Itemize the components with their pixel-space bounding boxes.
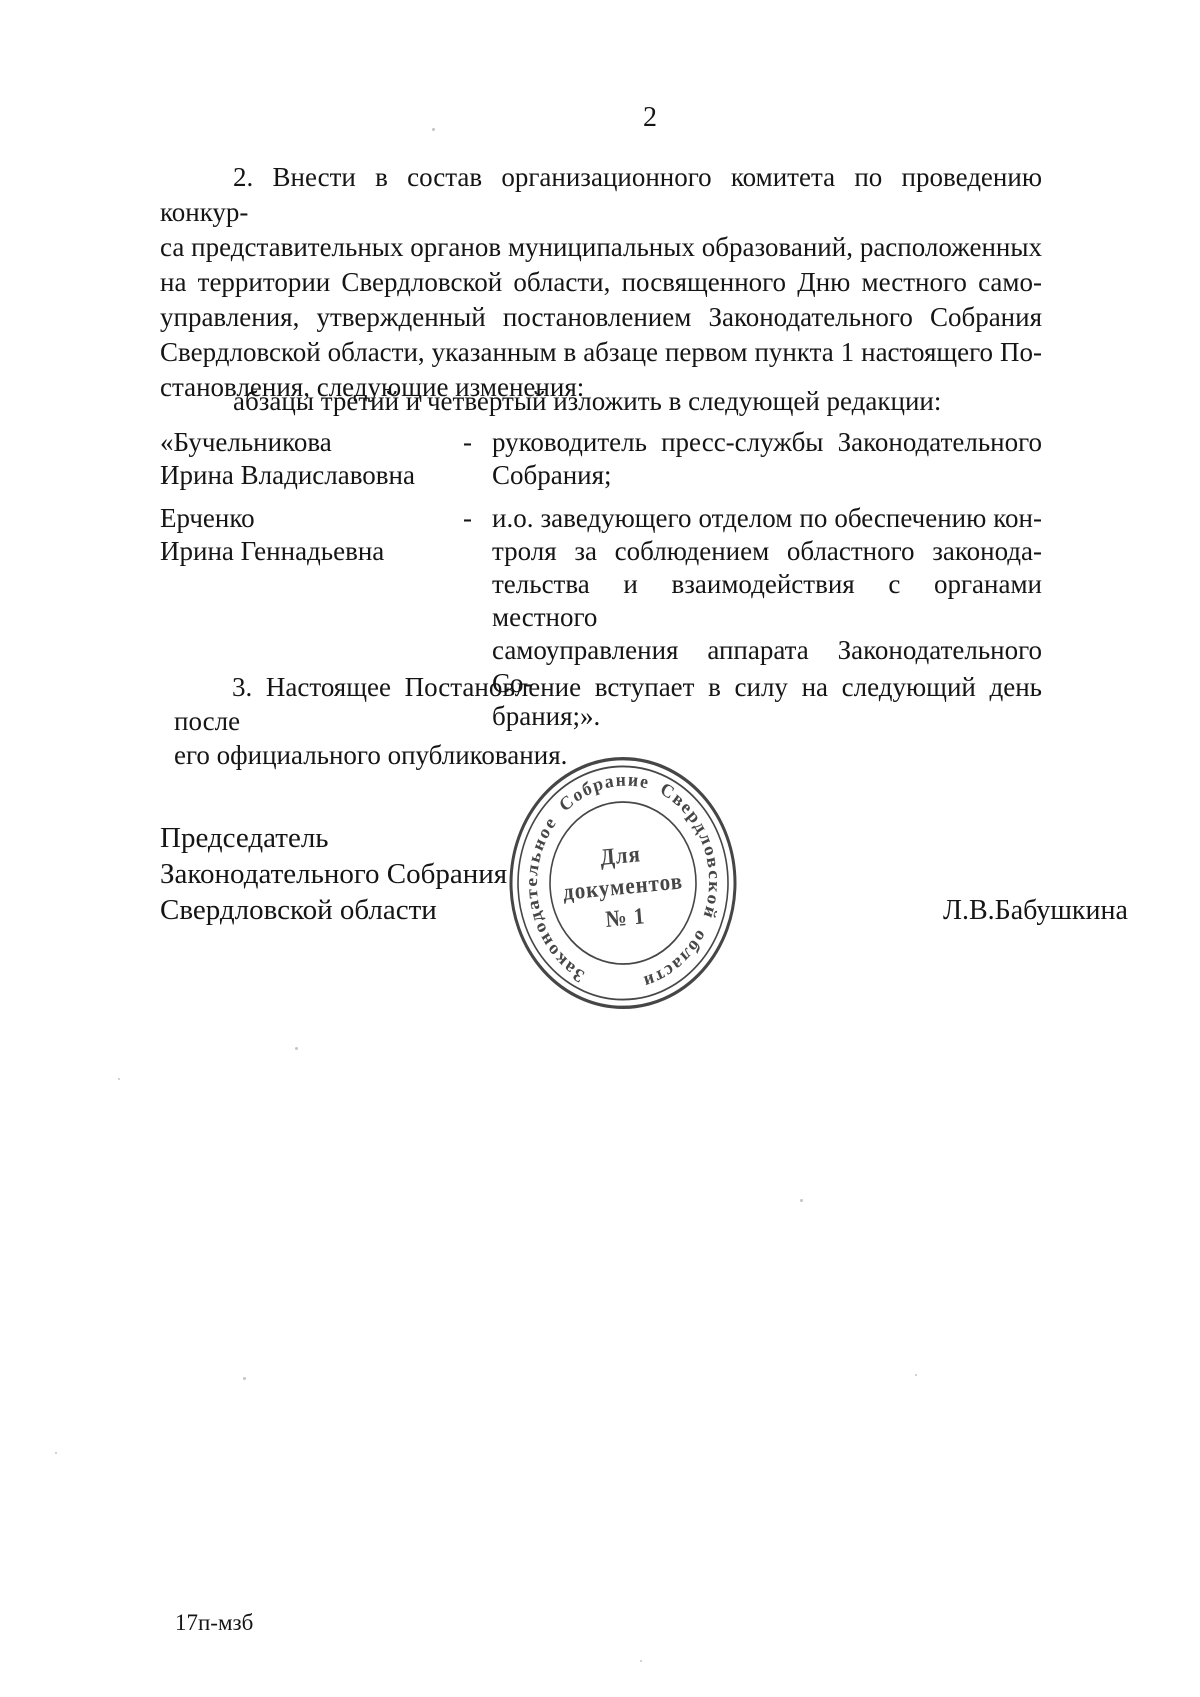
text-line: и.о. заведующего отделом по обеспечению … — [492, 502, 1042, 535]
scan-speck — [915, 1374, 917, 1376]
text-line: на территории Свердловской области, посв… — [160, 265, 1042, 300]
text-line: Свердловской области, указанным в абзаце… — [160, 335, 1042, 370]
text-line: тельства и взаимодействия с органами мес… — [492, 568, 1042, 634]
text-line: абзацы третий и четвертый изложить в сле… — [160, 384, 1042, 419]
committee-member-entry: «Бучельникова Ирина Владиславовна - руко… — [160, 426, 1042, 496]
text-line: Ирина Геннадьевна — [160, 535, 460, 568]
scan-speck — [243, 1377, 246, 1380]
member-role: руководитель пресс-службы Законодательно… — [492, 426, 1042, 492]
committee-member-entry: Ерченко Ирина Геннадьевна - и.о. заведую… — [160, 502, 1042, 672]
text-line: Ирина Владиславовна — [160, 459, 460, 492]
text-line: са представительных органов муниципальны… — [160, 230, 1042, 265]
text-line: Ерченко — [160, 502, 460, 535]
separator-dash: - — [463, 502, 472, 535]
text-line: Собрания; — [492, 459, 1042, 492]
text-line: троля за соблюдением областного законода… — [492, 535, 1042, 568]
scan-speck — [55, 1452, 57, 1454]
stamp-center-line: № 1 — [604, 902, 646, 932]
separator-dash: - — [463, 426, 472, 459]
stamp-center-line: Для — [599, 840, 641, 870]
text-line: 3. Настоящее Постановление вступает в си… — [174, 670, 1042, 738]
scan-speck — [640, 1660, 642, 1662]
scan-speck — [906, 347, 909, 350]
scan-speck — [800, 1199, 803, 1202]
signatory-name: Л.В.Бабушкина — [943, 894, 1128, 928]
page-number: 2 — [600, 102, 700, 134]
text-line: руководитель пресс-службы Законодательно… — [492, 426, 1042, 459]
scan-speck — [295, 1047, 298, 1050]
paragraph-2: 2. Внести в состав организационного коми… — [160, 160, 1042, 405]
text-line: 2. Внести в состав организационного коми… — [160, 160, 1042, 230]
stamp-center-line: документов — [562, 867, 684, 905]
amendment-intro: абзацы третий и четвертый изложить в сле… — [160, 384, 1042, 419]
member-name: «Бучельникова Ирина Владиславовна — [160, 426, 460, 492]
scan-speck — [432, 128, 435, 131]
member-name: Ерченко Ирина Геннадьевна — [160, 502, 460, 568]
scan-speck — [118, 1078, 120, 1080]
text-line: «Бучельникова — [160, 426, 460, 459]
scan-speck — [548, 448, 550, 450]
text-line: управления, утвержденный постановлением … — [160, 300, 1042, 335]
official-round-stamp: Законодательное Собрание Свердловской об… — [505, 752, 741, 1014]
document-code: 17п-мзб — [175, 1610, 253, 1636]
document-page: 2 2. Внести в состав организационного ко… — [0, 0, 1200, 1697]
